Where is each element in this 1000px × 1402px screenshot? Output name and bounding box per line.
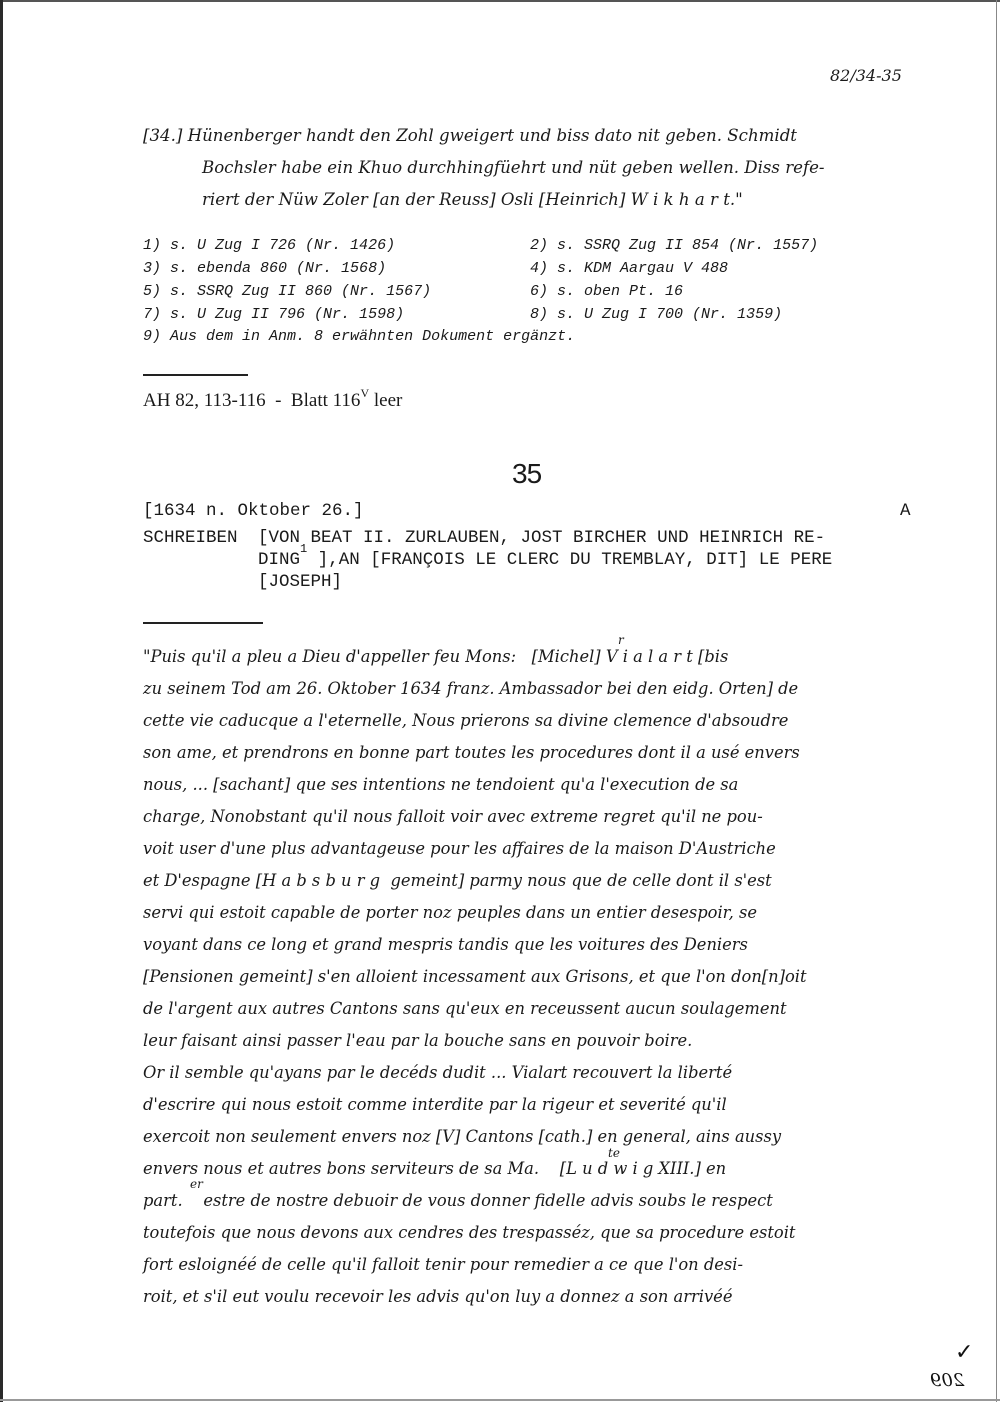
body-line: "Puis qu'il a pleu a Dieu d'appeller feu… [143,647,728,666]
body-line: exercoit non seulement envers noz [V] Ca… [143,1127,781,1146]
document-number: 35 [512,458,541,490]
intro-line: riert der Nüw Zoler [an der Reuss] Osli … [202,190,743,209]
separator-rule [143,622,263,624]
footnote-1: 1) s. U Zug I 726 (Nr. 1426) [143,237,395,254]
body-line: voyant dans ce long et grand mespris tan… [143,935,748,954]
footnote-8: 8) s. U Zug I 700 (Nr. 1359) [530,306,782,323]
footnote-5: 5) s. SSRQ Zug II 860 (Nr. 1567) [143,283,431,300]
intro-line: [34.] Hünenberger handt den Zohl gweiger… [143,126,797,145]
page-border-left [0,0,3,1402]
heading-line: [JOSEPH] [258,572,342,592]
body-line: part. estre de nostre debuoir de vous do… [143,1191,773,1210]
page-reference: 82/34-35 [830,66,902,85]
footnote-3: 3) s. ebenda 860 (Nr. 1568) [143,260,386,277]
document-date: [1634 n. Oktober 26.] [143,501,364,521]
body-line: [Pensionen gemeint] s'en alloient incess… [143,967,807,986]
separator-rule [143,374,248,376]
heading-label: SCHREIBEN [143,528,238,548]
body-line: cette vie caducque a l'eternelle, Nous p… [143,711,788,730]
body-line: toutefois que nous devons aux cendres de… [143,1223,795,1242]
body-line: envers nous et autres bons serviteurs de… [143,1159,726,1178]
footnote-6: 6) s. oben Pt. 16 [530,283,683,300]
body-line: nous, ... [sachant] que ses intentions n… [143,775,738,794]
checkmark-icon: ✓ [955,1340,973,1365]
page-border-bottom [0,1399,1000,1401]
body-line: d'escrire qui nous estoit comme interdit… [143,1095,727,1114]
source-reference: AH 82, 113-116 - Blatt 116V leer [143,386,402,412]
footnote-4: 4) s. KDM Aargau V 488 [530,260,728,277]
heading-line: [VON BEAT II. ZURLAUBEN, JOST BIRCHER UN… [258,528,825,548]
body-line: servi qui estoit capable de porter noz p… [143,903,757,922]
document-type-letter: A [900,501,911,521]
heading-line: DING1 ],AN [FRANÇOIS LE CLERC DU TREMBLA… [258,550,832,570]
body-line: zu seinem Tod am 26. Oktober 1634 franz.… [143,679,798,698]
handwritten-folio-number: 209 [930,1370,964,1391]
superscript: er [190,1177,203,1191]
body-line: leur faisant ainsi passer l'eau par la b… [143,1031,692,1050]
footnote-2: 2) s. SSRQ Zug II 854 (Nr. 1557) [530,237,818,254]
body-line: et D'espagne [H a b s b u r g gemeint] p… [143,871,772,890]
footnote-marker: 1 [300,542,307,556]
footnote-9: 9) Aus dem in Anm. 8 erwähnten Dokument … [143,328,575,345]
body-line: son ame, et prendrons en bonne part tout… [143,743,800,762]
body-line: roit, et s'il eut voulu recevoir les adv… [143,1287,732,1306]
body-line: de l'argent aux autres Cantons sans qu'e… [143,999,787,1018]
page-border-right [996,0,997,1402]
superscript: te [608,1146,620,1160]
body-line: charge, Nonobstant qu'il nous falloit vo… [143,807,763,826]
body-line: Or il semble qu'ayans par le decéds dudi… [143,1063,732,1082]
page-border-top [0,0,1000,2]
footnote-7: 7) s. U Zug II 796 (Nr. 1598) [143,306,404,323]
intro-line: Bochsler habe ein Khuo durchhingfüehrt u… [202,158,825,177]
body-line: voit user d'une plus advantageuse pour l… [143,839,776,858]
superscript: r [618,633,624,647]
body-line: fort esloignéé de celle qu'il falloit te… [143,1255,743,1274]
